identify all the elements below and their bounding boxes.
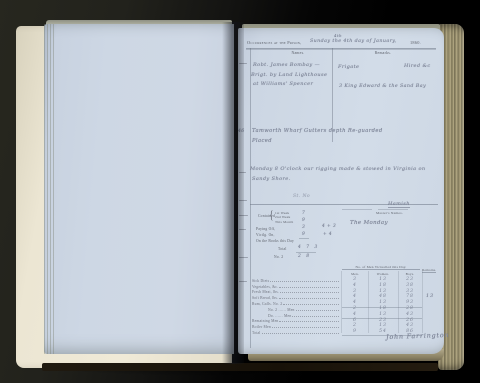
muster-brace: {	[269, 209, 274, 222]
arithmetic-scribble-1: 4 + 3	[322, 224, 336, 229]
muster-digit-2: 9	[302, 218, 305, 223]
note-block2-line1: Monday 8 O'clock our rigging made & stow…	[250, 166, 426, 172]
victual-col-women: Women.	[368, 272, 398, 276]
wardens-printed-label: Master's Names.	[376, 211, 403, 215]
victual-remains-value: 13	[426, 294, 434, 299]
note-block1-line2: Placed	[252, 138, 272, 144]
muster-total-label: Total	[278, 247, 287, 251]
right-page-form: 4th Occurrences at the Prison, Sunday th…	[238, 28, 444, 354]
note-block1-line1: Tamworth Wharf Gutters depth Re-guarded	[252, 128, 383, 134]
muster-books-label: On the Books this Day	[256, 239, 294, 243]
muster-brace-item-1: 1st Week	[275, 211, 289, 215]
entry-name-line-3: at Williams' Spencer	[253, 81, 313, 87]
victual-col-boys: Boys.	[398, 272, 422, 276]
arithmetic-scribble-2: + 4	[323, 232, 332, 237]
form-title-date-script: Sunday the 4th day of January,	[310, 39, 397, 44]
form-title-printed: Occurrences at the Prison,	[247, 40, 301, 45]
muster-no2-label: No. 2	[274, 255, 283, 259]
left-page-blank	[44, 24, 234, 354]
gutter-shadow	[222, 22, 244, 364]
column-header-names: Names.	[268, 51, 328, 55]
muster-digit-4: 9	[302, 232, 305, 237]
victual-sum-line-1	[342, 307, 422, 308]
muster-brace-item-2: 2nd Week	[275, 215, 291, 219]
entry-name-line-2: Brigt. by Land Lighthouse	[251, 72, 327, 78]
header-insert-mark: 4th	[334, 33, 342, 38]
victual-table-title: No. of Men Victualled this Day.	[342, 265, 420, 270]
bottom-cover-edge	[42, 363, 438, 371]
victual-sum-line-2	[342, 318, 422, 319]
entry-remark-line-2: 3 King Edward & the Sand Bay	[339, 84, 426, 89]
victual-col-men: Men.	[342, 272, 368, 276]
entry-remark-line-1: Frigate	[338, 64, 359, 70]
column-header-remarks: Remarks.	[350, 51, 416, 55]
muster-digit-3: 3	[302, 225, 305, 230]
entry-name-line-1: Robt. James Bombay —	[253, 62, 320, 68]
header-rule-2	[246, 49, 436, 50]
left-page-edge-stripes	[44, 24, 54, 354]
muster-no2-values: 2 8	[298, 254, 311, 259]
muster-brace-item-3: This Month	[275, 220, 293, 224]
muster-digit-1: 7	[302, 211, 305, 216]
muster-sum-line	[299, 238, 309, 239]
margin-rule	[250, 48, 251, 348]
wardens-rule-b	[378, 209, 408, 210]
victual-remains-label: Remains.	[422, 268, 436, 273]
archival-photo-backdrop: 4th Occurrences at the Prison, Sunday th…	[0, 0, 480, 383]
note-faint: St. No	[293, 194, 310, 199]
muster-paying-label: Paying Off,	[256, 227, 275, 231]
form-title-year: 1860.	[410, 40, 421, 45]
muster-total-values: 4 7 3	[298, 245, 319, 250]
table-row: Total	[252, 329, 340, 335]
muster-victlg-label: Victlg. On,	[256, 233, 275, 237]
victual-row-labels: Sick Diets Vegetables, &c. Fresh Meat, l…	[252, 277, 340, 335]
wardens-rule-a	[342, 209, 372, 210]
signature-script: John Farrington	[386, 331, 450, 341]
wardens-note-script: The Monday	[350, 220, 388, 226]
note-block2-line2: Sandy Shore.	[252, 176, 291, 182]
entry-remark-line-1b: Hired &c	[404, 63, 431, 69]
victual-grid-rule-4	[422, 271, 423, 333]
wardens-script-name: Hamish	[388, 201, 410, 208]
